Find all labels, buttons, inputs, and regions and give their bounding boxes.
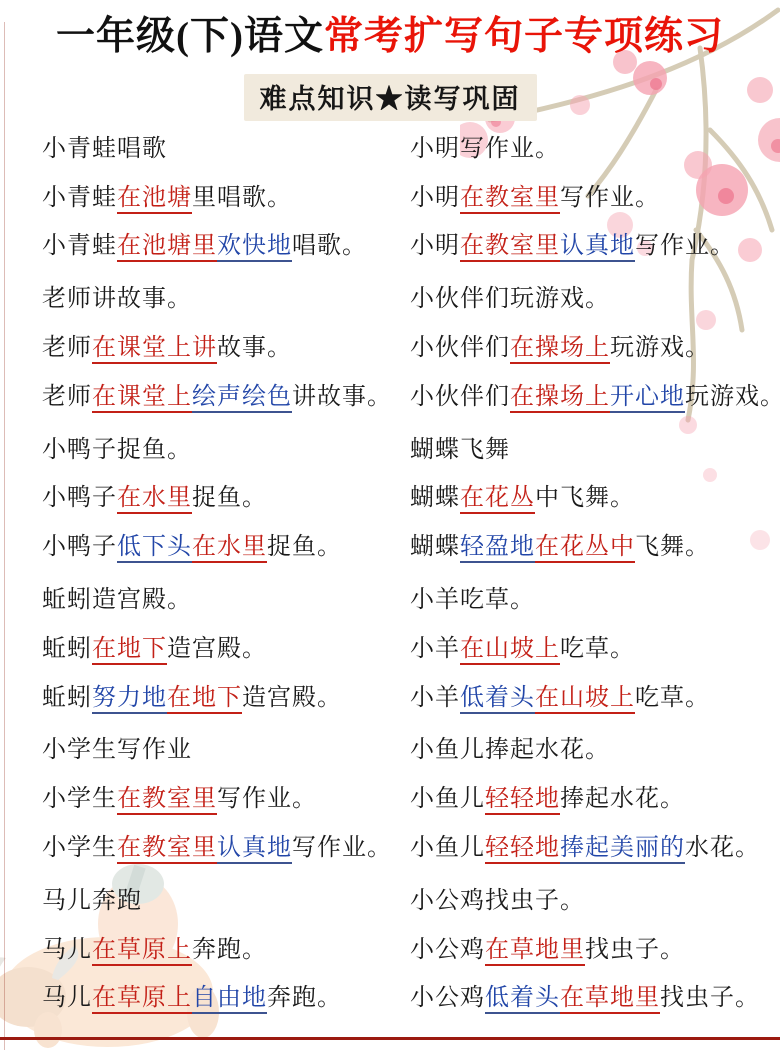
sentence-line: 小学生写作业	[42, 736, 400, 765]
red-highlight-segment: 在课堂上讲	[92, 335, 217, 364]
content-grid: 小青蛙唱歌小青蛙在池塘里唱歌。小青蛙在池塘里欢快地唱歌。老师讲故事。老师在课堂上…	[0, 121, 780, 1037]
plain-segment: 小公鸡	[410, 937, 485, 963]
plain-segment: 吃草。	[635, 685, 710, 711]
sentence-line: 蚯蚓造宫殿。	[42, 586, 400, 615]
red-highlight-segment: 在教室里	[460, 233, 560, 262]
sentence-group: 小鸭子捉鱼。小鸭子在水里捉鱼。小鸭子低下头在水里捉鱼。	[42, 436, 400, 562]
blue-highlight-segment: 认真地	[560, 233, 635, 262]
sentence-line: 小鸭子低下头在水里捉鱼。	[42, 533, 400, 562]
subtitle-row: 难点知识★读写巩固	[0, 74, 780, 121]
plain-segment: 造宫殿。	[242, 685, 342, 711]
red-highlight-segment: 在草原上	[92, 937, 192, 966]
plain-segment: 捉鱼。	[192, 485, 267, 511]
sentence-line: 老师在课堂上绘声绘色讲故事。	[42, 383, 400, 412]
plain-segment: 捉鱼。	[267, 534, 342, 560]
sentence-group: 小青蛙唱歌小青蛙在池塘里唱歌。小青蛙在池塘里欢快地唱歌。	[42, 135, 400, 261]
plain-segment: 小羊吃草。	[410, 587, 535, 613]
sentence-line: 小公鸡找虫子。	[410, 887, 762, 916]
red-highlight-segment: 在草地里	[485, 937, 585, 966]
plain-segment: 小伙伴们玩游戏。	[410, 286, 610, 312]
red-highlight-segment: 在池塘	[117, 185, 192, 214]
plain-segment: 老师讲故事。	[42, 286, 192, 312]
red-highlight-segment: 在地下	[92, 636, 167, 665]
plain-segment: 中飞舞。	[535, 485, 635, 511]
plain-segment: 蚯蚓	[42, 636, 92, 662]
left-column: 小青蛙唱歌小青蛙在池塘里唱歌。小青蛙在池塘里欢快地唱歌。老师讲故事。老师在课堂上…	[42, 135, 400, 1037]
sentence-line: 老师讲故事。	[42, 285, 400, 314]
red-highlight-segment: 在水里	[117, 485, 192, 514]
right-column: 小明写作业。小明在教室里写作业。小明在教室里认真地写作业。小伙伴们玩游戏。小伙伴…	[404, 135, 762, 1037]
plain-segment: 小鸭子	[42, 485, 117, 511]
plain-segment: 小学生	[42, 835, 117, 861]
sentence-line: 小青蛙在池塘里欢快地唱歌。	[42, 232, 400, 261]
sentence-line: 小公鸡低着头在草地里找虫子。	[410, 984, 762, 1013]
plain-segment: 小羊	[410, 636, 460, 662]
page-title: 一年级(下)语文常考扩写句子专项练习	[0, 0, 780, 61]
sentence-group: 蝴蝶飞舞蝴蝶在花丛中飞舞。蝴蝶轻盈地在花丛中飞舞。	[410, 436, 762, 562]
red-highlight-segment: 在地下	[167, 685, 242, 714]
plain-segment: 写作业。	[635, 233, 735, 259]
sentence-line: 小鱼儿轻轻地捧起水花。	[410, 785, 762, 814]
sentence-line: 蚯蚓努力地在地下造宫殿。	[42, 684, 400, 713]
plain-segment: 小明	[410, 233, 460, 259]
plain-segment: 蝴蝶飞舞	[410, 437, 510, 463]
plain-segment: 奔跑。	[192, 937, 267, 963]
plain-segment: 吃草。	[560, 636, 635, 662]
plain-segment: 小学生写作业	[42, 737, 192, 763]
plain-segment: 小公鸡	[410, 985, 485, 1011]
sentence-line: 小伙伴们在操场上开心地玩游戏。	[410, 383, 762, 412]
red-highlight-segment: 在教室里	[117, 786, 217, 815]
plain-segment: 小鸭子	[42, 534, 117, 560]
sentence-group: 小公鸡找虫子。小公鸡在草地里找虫子。小公鸡低着头在草地里找虫子。	[410, 887, 762, 1013]
red-highlight-segment: 轻轻地	[485, 835, 560, 864]
plain-segment: 找虫子。	[660, 985, 760, 1011]
plain-segment: 小青蛙	[42, 233, 117, 259]
sentence-group: 小羊吃草。小羊在山坡上吃草。小羊低着头在山坡上吃草。	[410, 586, 762, 712]
plain-segment: 小鱼儿	[410, 835, 485, 861]
blue-highlight-segment: 绘声绘色	[192, 384, 292, 413]
sentence-group: 老师讲故事。老师在课堂上讲故事。老师在课堂上绘声绘色讲故事。	[42, 285, 400, 411]
sentence-line: 小羊吃草。	[410, 586, 762, 615]
plain-segment: 讲故事。	[292, 384, 392, 410]
red-highlight-segment: 在教室里	[460, 185, 560, 214]
sentence-line: 小学生在教室里认真地写作业。	[42, 834, 400, 863]
plain-segment: 找虫子。	[585, 937, 685, 963]
sentence-line: 蝴蝶轻盈地在花丛中飞舞。	[410, 533, 762, 562]
blue-highlight-segment: 低着头	[460, 685, 535, 714]
red-highlight-segment: 在教室里	[117, 835, 217, 864]
sentence-line: 蝴蝶飞舞	[410, 436, 762, 465]
plain-segment: 水花。	[685, 835, 760, 861]
worksheet-page: 一年级(下)语文常考扩写句子专项练习 难点知识★读写巩固 小青蛙唱歌小青蛙在池塘…	[0, 0, 780, 1050]
blue-highlight-segment: 低着头	[485, 985, 560, 1014]
red-highlight-segment: 在操场上	[510, 384, 610, 413]
subtitle-badge: 难点知识★读写巩固	[244, 74, 537, 121]
plain-segment: 小鱼儿捧起水花。	[410, 737, 610, 763]
plain-segment: 写作业。	[217, 786, 317, 812]
plain-segment: 故事。	[217, 335, 292, 361]
blue-highlight-segment: 捧起美丽的	[560, 835, 685, 864]
plain-segment: 小青蛙唱歌	[42, 136, 167, 162]
sentence-group: 小鱼儿捧起水花。小鱼儿轻轻地捧起水花。小鱼儿轻轻地捧起美丽的水花。	[410, 736, 762, 862]
sentence-line: 小明在教室里写作业。	[410, 184, 762, 213]
plain-segment: 小明	[410, 185, 460, 211]
plain-segment: 马儿奔跑	[42, 888, 142, 914]
plain-segment: 造宫殿。	[167, 636, 267, 662]
plain-segment: 唱歌。	[292, 233, 367, 259]
sentence-line: 小伙伴们在操场上玩游戏。	[410, 334, 762, 363]
blue-highlight-segment: 自由地	[192, 985, 267, 1014]
sentence-line: 马儿在草原上自由地奔跑。	[42, 984, 400, 1013]
sentence-line: 马儿在草原上奔跑。	[42, 936, 400, 965]
plain-segment: 小鸭子捉鱼。	[42, 437, 192, 463]
red-highlight-segment: 在花丛中	[535, 534, 635, 563]
sentence-line: 小鸭子捉鱼。	[42, 436, 400, 465]
title-grade-part: 一年级(下)语文	[56, 15, 324, 58]
plain-segment: 写作业。	[560, 185, 660, 211]
sentence-line: 马儿奔跑	[42, 887, 400, 916]
sentence-line: 小公鸡在草地里找虫子。	[410, 936, 762, 965]
red-highlight-segment: 在花丛	[460, 485, 535, 514]
plain-segment: 小伙伴们	[410, 384, 510, 410]
sentence-line: 蝴蝶在花丛中飞舞。	[410, 484, 762, 513]
plain-segment: 里唱歌。	[192, 185, 292, 211]
red-highlight-segment: 在山坡上	[460, 636, 560, 665]
red-highlight-segment: 在草地里	[560, 985, 660, 1014]
plain-segment: 小明写作业。	[410, 136, 560, 162]
plain-segment: 玩游戏。	[685, 384, 780, 410]
sentence-line: 小羊低着头在山坡上吃草。	[410, 684, 762, 713]
blue-highlight-segment: 欢快地	[217, 233, 292, 262]
sentence-line: 小青蛙在池塘里唱歌。	[42, 184, 400, 213]
blue-highlight-segment: 低下头	[117, 534, 192, 563]
plain-segment: 马儿	[42, 937, 92, 963]
sentence-line: 蚯蚓在地下造宫殿。	[42, 635, 400, 664]
title-topic-part: 常考扩写句子专项练习	[324, 15, 724, 58]
plain-segment: 小羊	[410, 685, 460, 711]
plain-segment: 蝴蝶	[410, 534, 460, 560]
red-highlight-segment: 在水里	[192, 534, 267, 563]
sentence-group: 小明写作业。小明在教室里写作业。小明在教室里认真地写作业。	[410, 135, 762, 261]
sentence-group: 马儿奔跑马儿在草原上奔跑。马儿在草原上自由地奔跑。	[42, 887, 400, 1013]
sentence-line: 小青蛙唱歌	[42, 135, 400, 164]
plain-segment: 老师	[42, 335, 92, 361]
red-highlight-segment: 轻轻地	[485, 786, 560, 815]
red-highlight-segment: 在操场上	[510, 335, 610, 364]
plain-segment: 蚯蚓造宫殿。	[42, 587, 192, 613]
sentence-line: 小伙伴们玩游戏。	[410, 285, 762, 314]
plain-segment: 小伙伴们	[410, 335, 510, 361]
sentence-line: 小鱼儿轻轻地捧起美丽的水花。	[410, 834, 762, 863]
sentence-group: 小学生写作业小学生在教室里写作业。小学生在教室里认真地写作业。	[42, 736, 400, 862]
plain-segment: 小鱼儿	[410, 786, 485, 812]
plain-segment: 马儿	[42, 985, 92, 1011]
plain-segment: 蝴蝶	[410, 485, 460, 511]
sentence-line: 小学生在教室里写作业。	[42, 785, 400, 814]
sentence-group: 小伙伴们玩游戏。小伙伴们在操场上玩游戏。小伙伴们在操场上开心地玩游戏。	[410, 285, 762, 411]
plain-segment: 捧起水花。	[560, 786, 685, 812]
sentence-line: 小羊在山坡上吃草。	[410, 635, 762, 664]
bottom-rule	[0, 1037, 780, 1040]
sentence-line: 小明写作业。	[410, 135, 762, 164]
plain-segment: 飞舞。	[635, 534, 710, 560]
plain-segment: 小学生	[42, 786, 117, 812]
plain-segment: 老师	[42, 384, 92, 410]
blue-highlight-segment: 开心地	[610, 384, 685, 413]
red-highlight-segment: 在池塘里	[117, 233, 217, 262]
blue-highlight-segment: 轻盈地	[460, 534, 535, 563]
red-highlight-segment: 在草原上	[92, 985, 192, 1014]
red-highlight-segment: 在课堂上	[92, 384, 192, 413]
plain-segment: 写作业。	[292, 835, 392, 861]
sentence-group: 蚯蚓造宫殿。蚯蚓在地下造宫殿。蚯蚓努力地在地下造宫殿。	[42, 586, 400, 712]
plain-segment: 小青蛙	[42, 185, 117, 211]
blue-highlight-segment: 努力地	[92, 685, 167, 714]
sentence-line: 小鸭子在水里捉鱼。	[42, 484, 400, 513]
red-highlight-segment: 在山坡上	[535, 685, 635, 714]
plain-segment: 奔跑。	[267, 985, 342, 1011]
plain-segment: 玩游戏。	[610, 335, 710, 361]
blue-highlight-segment: 认真地	[217, 835, 292, 864]
sentence-line: 小明在教室里认真地写作业。	[410, 232, 762, 261]
plain-segment: 小公鸡找虫子。	[410, 888, 585, 914]
sentence-line: 小鱼儿捧起水花。	[410, 736, 762, 765]
plain-segment: 蚯蚓	[42, 685, 92, 711]
sentence-line: 老师在课堂上讲故事。	[42, 334, 400, 363]
